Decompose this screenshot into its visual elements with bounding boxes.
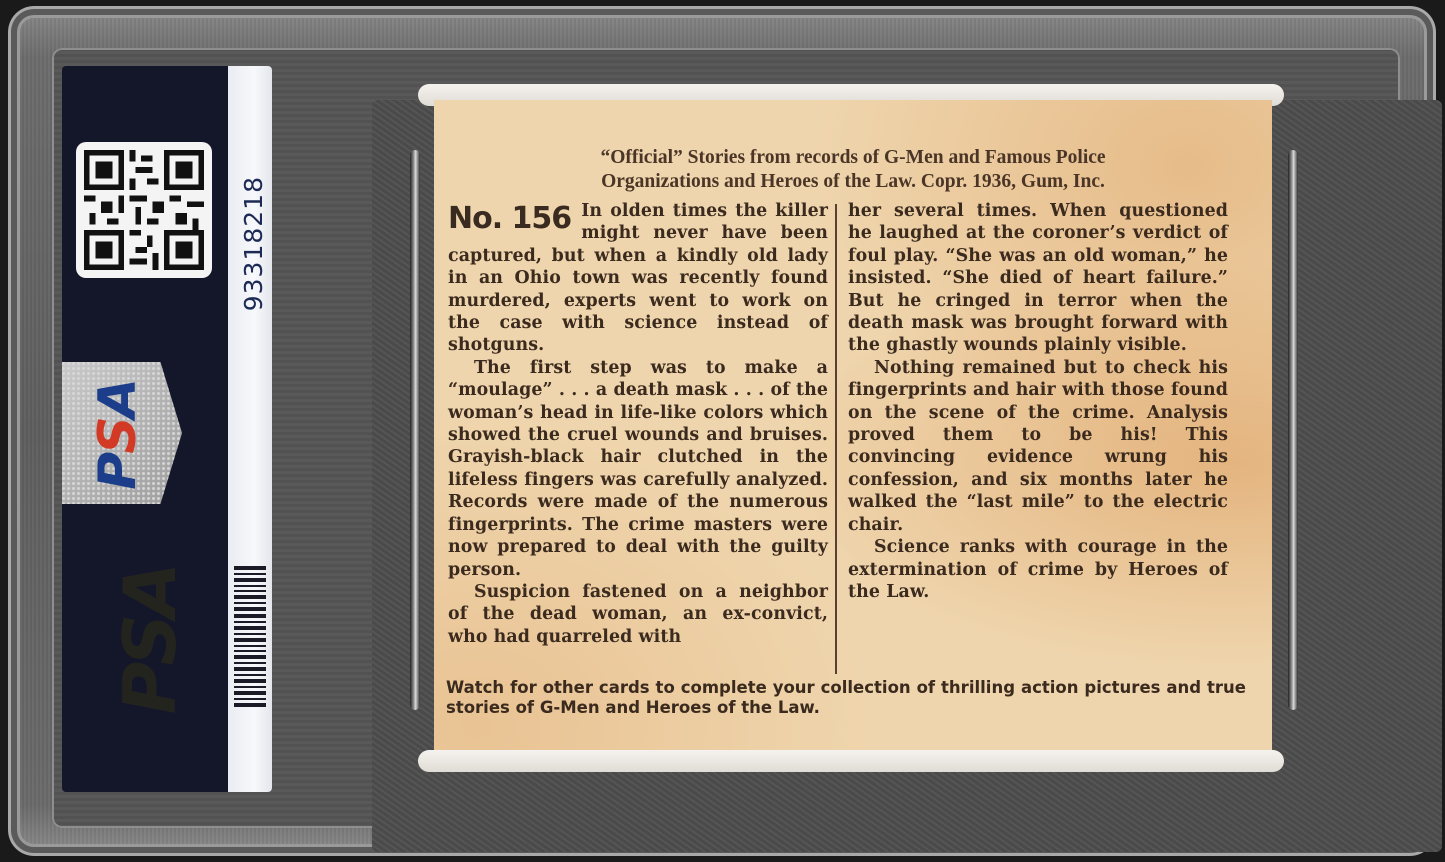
- story-paragraph: her several times. When questioned he la…: [848, 200, 1228, 357]
- psa-logo-text: PSA: [92, 380, 144, 490]
- story-column-right: her several times. When questioned he la…: [848, 200, 1228, 603]
- psa-hologram: PSA: [108, 566, 192, 714]
- qr-code-icon[interactable]: [76, 142, 212, 278]
- card-footer: Watch for other cards to complete your c…: [446, 678, 1246, 718]
- psa-logo: PSA: [62, 362, 182, 504]
- barcode-icon: [234, 566, 266, 756]
- story-paragraph: The first step was to make a “moulage” .…: [448, 357, 828, 581]
- header-line-2: Organizations and Heroes of the Law. Cop…: [434, 170, 1272, 194]
- cert-number: 93318218: [239, 176, 268, 311]
- holder-bottom-lip: [418, 750, 1284, 772]
- card-number: No. 156: [448, 202, 571, 236]
- story-column-left: No. 156In olden times the killer might n…: [448, 200, 828, 648]
- header-line-1: “Official” Stories from records of G-Men…: [434, 146, 1272, 170]
- card-header: “Official” Stories from records of G-Men…: [434, 146, 1272, 194]
- label-cert-strip: 93318218: [228, 66, 272, 792]
- story-paragraph: Science ranks with courage in the exterm…: [848, 536, 1228, 603]
- trading-card-back: “Official” Stories from records of G-Men…: [434, 100, 1272, 760]
- column-divider: [835, 204, 837, 674]
- story-paragraph: Nothing remained but to check his finger…: [848, 357, 1228, 536]
- story-paragraph: No. 156In olden times the killer might n…: [448, 200, 828, 357]
- left-holder-rail: [410, 150, 420, 710]
- story-paragraph: Suspicion fastened on a neighbor of the …: [448, 581, 828, 648]
- psa-label: PSA PSA 93318218: [62, 66, 272, 792]
- right-holder-rail: [1288, 150, 1298, 710]
